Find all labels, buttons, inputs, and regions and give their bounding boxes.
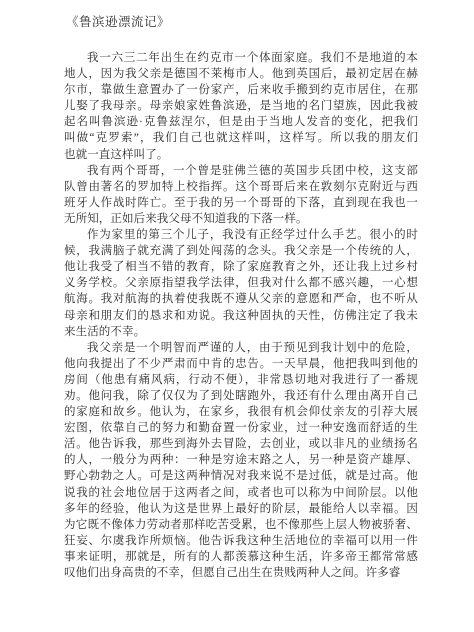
- text-line: 房间（他患有痛风病，行动不便），非常恳切地对我进行了一番规: [64, 372, 418, 388]
- text-line: 地人，因为我父亲是德国不莱梅市人。他到英国后，最初定居在赫: [64, 66, 418, 82]
- text-line: 他让我受了相当不错的教育，除了家庭教育之外，还让我上过乡村: [64, 259, 418, 275]
- text-line: 儿娶了我母亲。母亲娘家姓鲁滨逊，是当地的名门望族，因此我被: [64, 98, 418, 114]
- paragraph: 我一六三二年出生在约克市一个体面家庭。我们不是地道的本地人，因为我父亲是德国不莱…: [64, 50, 418, 163]
- paragraph: 我有两个哥哥，一个曾是驻佛兰德的英国步兵团中校，这支部队曾由著名的罗加特上校指挥…: [64, 163, 418, 227]
- text-line: 他向我提出了不少严肃而中肯的忠告。一天早晨，他把我叫到他的: [64, 356, 418, 372]
- text-line: 劝。他问我，除了仅仅为了到处瞎跑外，我还有什么理由离开自己: [64, 388, 418, 404]
- text-line: 无所知，正如后来我父母不知道我的下落一样。: [64, 211, 418, 227]
- text-line: 队曾由著名的罗加特上校指挥。这个哥哥后来在敦刻尔克附近与西: [64, 179, 418, 195]
- text-line: 航海。我对航海的执着使我既不遵从父亲的意愿和严命，也不听从: [64, 291, 418, 307]
- text-line: 为它既不像体力劳动者那样吃苦受累，也不像那些上层人物被骄奢、: [64, 517, 418, 533]
- text-line: 野心勃勃之人。可是这两种情况对我来说不是过低，就是过高。他: [64, 468, 418, 484]
- document-title: 《鲁滨逊漂流记》: [66, 13, 474, 31]
- text-line: 叹他们出身高贵的不幸，但愿自己出生在贵贱两种人之间。许多睿: [64, 565, 418, 581]
- text-line: 多年的经验，他认为这是世界上最好的阶层，最能给人以幸福。因: [64, 501, 418, 517]
- text-line: 的人，一般分为两种：一种是穷途末路之人，另一种是资产雄厚、: [64, 452, 418, 468]
- text-line: 事来证明，那就是，所有的人都羡慕这种生活，许多帝王都常常感: [64, 549, 418, 565]
- text-line: 狂妄、尔虞我诈所烦恼。他告诉我这种生活地位的幸福可以用一件: [64, 533, 418, 549]
- text-line: 宏图，依靠自己的努力和勤奋置一份家业，过一种安逸而舒适的生: [64, 420, 418, 436]
- text-line: 我有两个哥哥，一个曾是驻佛兰德的英国步兵团中校，这支部: [64, 163, 418, 179]
- text-line: 候，我满脑子就充满了到处闯荡的念头。我父亲是一个传统的人，: [64, 243, 418, 259]
- text-line: 母亲和朋友们的恳求和劝说。我这种固执的天性，仿佛注定了我未: [64, 308, 418, 324]
- text-line: 我一六三二年出生在约克市一个体面家庭。我们不是地道的本: [64, 50, 418, 66]
- text-line: 作为家里的第三个儿子，我没有正经学过什么手艺。很小的时: [64, 227, 418, 243]
- text-line: 也就一直这样叫了。: [64, 147, 418, 163]
- text-line: 尔市，靠做生意置办了一份家产，后来收手搬到约克市居住，在那: [64, 82, 418, 98]
- paragraph: 作为家里的第三个儿子，我没有正经学过什么手艺。很小的时候，我满脑子就充满了到处闯…: [64, 227, 418, 340]
- document-page: 《鲁滨逊漂流记》 我一六三二年出生在约克市一个体面家庭。我们不是地道的本地人，因…: [0, 0, 474, 632]
- text-line: 叫做“克罗索”，我们自己也就这样叫，这样写。所以我的朋友们: [64, 130, 418, 146]
- text-line: 起名叫鲁滨逊·克鲁兹涅尔，但是由于当地人发音的变化，把我们: [64, 114, 418, 130]
- body-text: 我一六三二年出生在约克市一个体面家庭。我们不是地道的本地人，因为我父亲是德国不莱…: [64, 50, 418, 581]
- text-line: 的家庭和故乡。他认为，在家乡，我很有机会仰仗亲友的引荐大展: [64, 404, 418, 420]
- text-line: 班牙人作战时阵亡。至于我的另一个哥哥的下落，直到现在我也一: [64, 195, 418, 211]
- text-line: 说我的社会地位居于这两者之间，或者也可以称为中间阶层。以他: [64, 485, 418, 501]
- text-line: 来生活的不幸。: [64, 324, 418, 340]
- paragraph: 我父亲是一个明智而严谨的人，由于预见到我计划中的危险，他向我提出了不少严肃而中肯…: [64, 340, 418, 581]
- text-line: 我父亲是一个明智而严谨的人，由于预见到我计划中的危险，: [64, 340, 418, 356]
- text-line: 义务学校。父亲原指望我学法律，但我对什么都不感兴趣，一心想: [64, 275, 418, 291]
- text-line: 活。他告诉我，那些到海外去冒险，去创业，或以非凡的业绩扬名: [64, 436, 418, 452]
